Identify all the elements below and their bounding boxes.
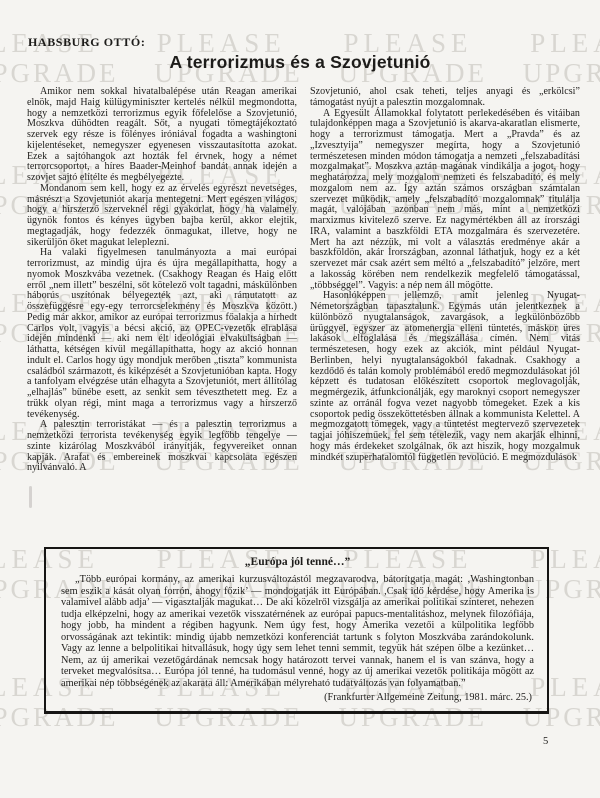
page-number: 5 bbox=[543, 736, 548, 747]
scan-artifact bbox=[29, 486, 32, 508]
quote-box-body: „Több európai kormány, az amerikai kurzu… bbox=[61, 574, 534, 689]
paragraph: A palesztin terroristákat — és a paleszt… bbox=[27, 420, 297, 474]
paragraph: Szovjetunió, ahol csak teheti, teljes an… bbox=[310, 87, 580, 109]
article-body: Amikor nem sokkal hivatalbalépése után R… bbox=[27, 87, 580, 474]
quote-box: „Európa jól tenné…” „Több európai kormán… bbox=[44, 547, 549, 714]
paragraph: Ha valaki figyelmesen tanulmányozta a ma… bbox=[27, 248, 297, 420]
paragraph: Mondanom sem kell, hogy ez az érvelés eg… bbox=[27, 184, 297, 249]
left-column: Amikor nem sokkal hivatalbalépése után R… bbox=[27, 87, 297, 474]
paragraph: Hasonlóképpen jellemző, amit jelenleg Ny… bbox=[310, 291, 580, 463]
author-name: HABSBURG OTTÓ: bbox=[28, 35, 145, 50]
quote-box-title: „Európa jól tenné…” bbox=[61, 556, 534, 568]
quote-box-attribution: (Frankfurter Allgemeine Zeitung, 1981. m… bbox=[61, 692, 534, 703]
right-column: Szovjetunió, ahol csak teheti, teljes an… bbox=[310, 87, 580, 474]
scanned-book-page: PLEASE PLEASE PLEASE PLEASE PLEASE UPGRA… bbox=[0, 0, 600, 798]
paragraph: A Egyesült Államokkal folytatott perleke… bbox=[310, 109, 580, 292]
paragraph: Amikor nem sokkal hivatalbalépése után R… bbox=[27, 87, 297, 184]
page-title: A terrorizmus és a Szovjetunió bbox=[0, 52, 600, 73]
